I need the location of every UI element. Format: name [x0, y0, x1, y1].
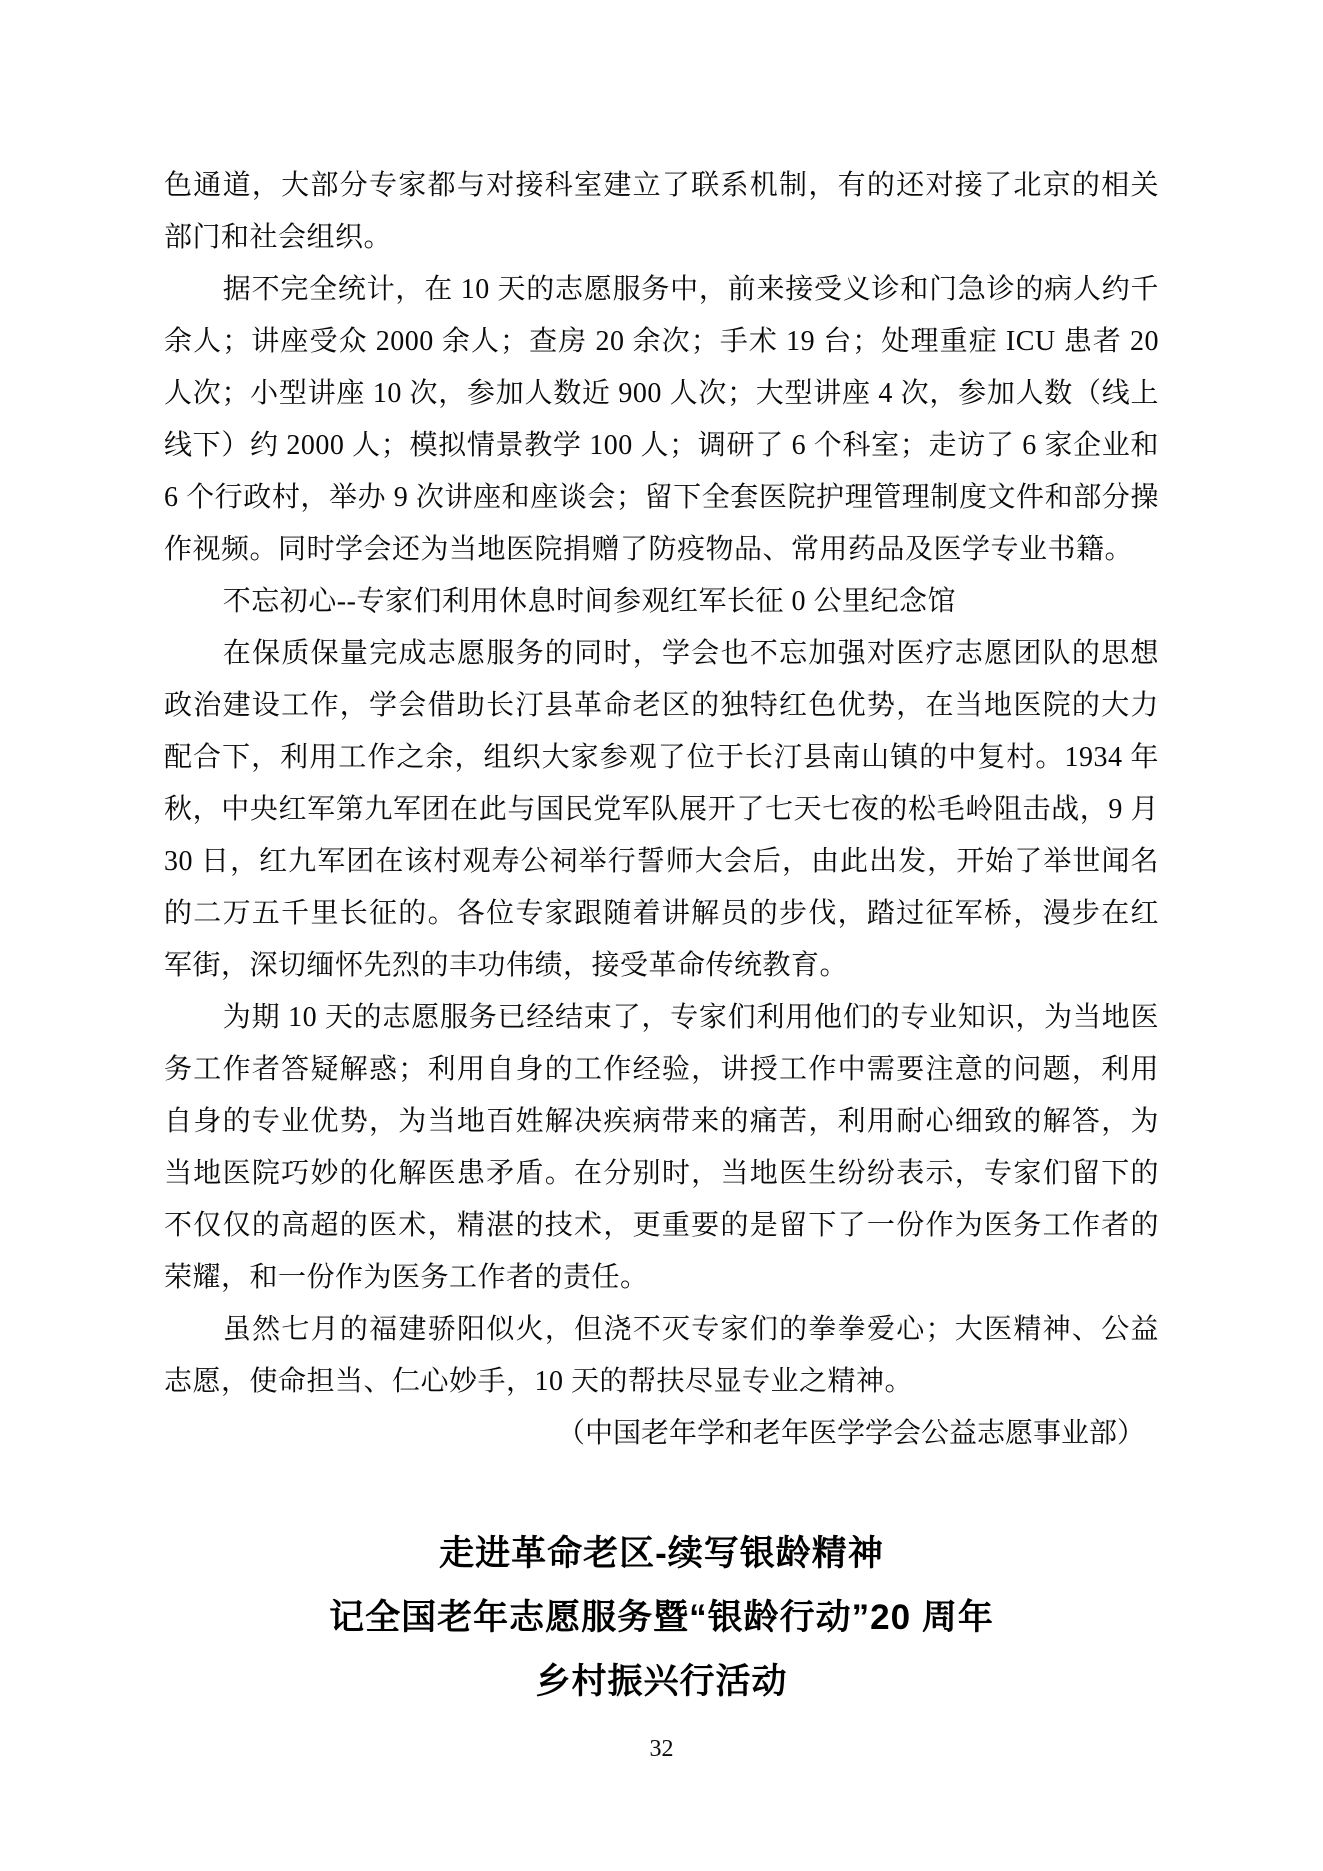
article-title-line-2: 记全国老年志愿服务暨“银龄行动”20 周年 — [164, 1586, 1159, 1650]
document-page: 色通道，大部分专家都与对接科室建立了联系机制，有的还对接了北京的相关部门和社会组… — [0, 0, 1323, 1871]
article-title-line-1: 走进革命老区-续写银龄精神 — [164, 1522, 1159, 1586]
article-title-block: 走进革命老区-续写银龄精神 记全国老年志愿服务暨“银龄行动”20 周年 乡村振兴… — [164, 1522, 1159, 1714]
body-paragraph: 虽然七月的福建骄阳似火，但浇不灭专家们的拳拳爱心；大医精神、公益志愿，使命担当、… — [164, 1304, 1159, 1408]
body-paragraph: 据不完全统计，在 10 天的志愿服务中，前来接受义诊和门急诊的病人约千余人；讲座… — [164, 264, 1159, 576]
body-paragraph: 色通道，大部分专家都与对接科室建立了联系机制，有的还对接了北京的相关部门和社会组… — [164, 160, 1159, 264]
article-title-line-3: 乡村振兴行活动 — [164, 1650, 1159, 1714]
body-paragraph: 为期 10 天的志愿服务已经结束了，专家们利用他们的专业知识，为当地医务工作者答… — [164, 992, 1159, 1304]
attribution-line: （中国老年学和老年医学学会公益志愿事业部） — [164, 1408, 1159, 1460]
page-number: 32 — [0, 1734, 1323, 1764]
page-body: 色通道，大部分专家都与对接科室建立了联系机制，有的还对接了北京的相关部门和社会组… — [164, 160, 1159, 1714]
body-paragraph-subtitle: 不忘初心--专家们利用休息时间参观红军长征 0 公里纪念馆 — [164, 576, 1159, 628]
body-paragraph: 在保质保量完成志愿服务的同时，学会也不忘加强对医疗志愿团队的思想政治建设工作，学… — [164, 628, 1159, 992]
